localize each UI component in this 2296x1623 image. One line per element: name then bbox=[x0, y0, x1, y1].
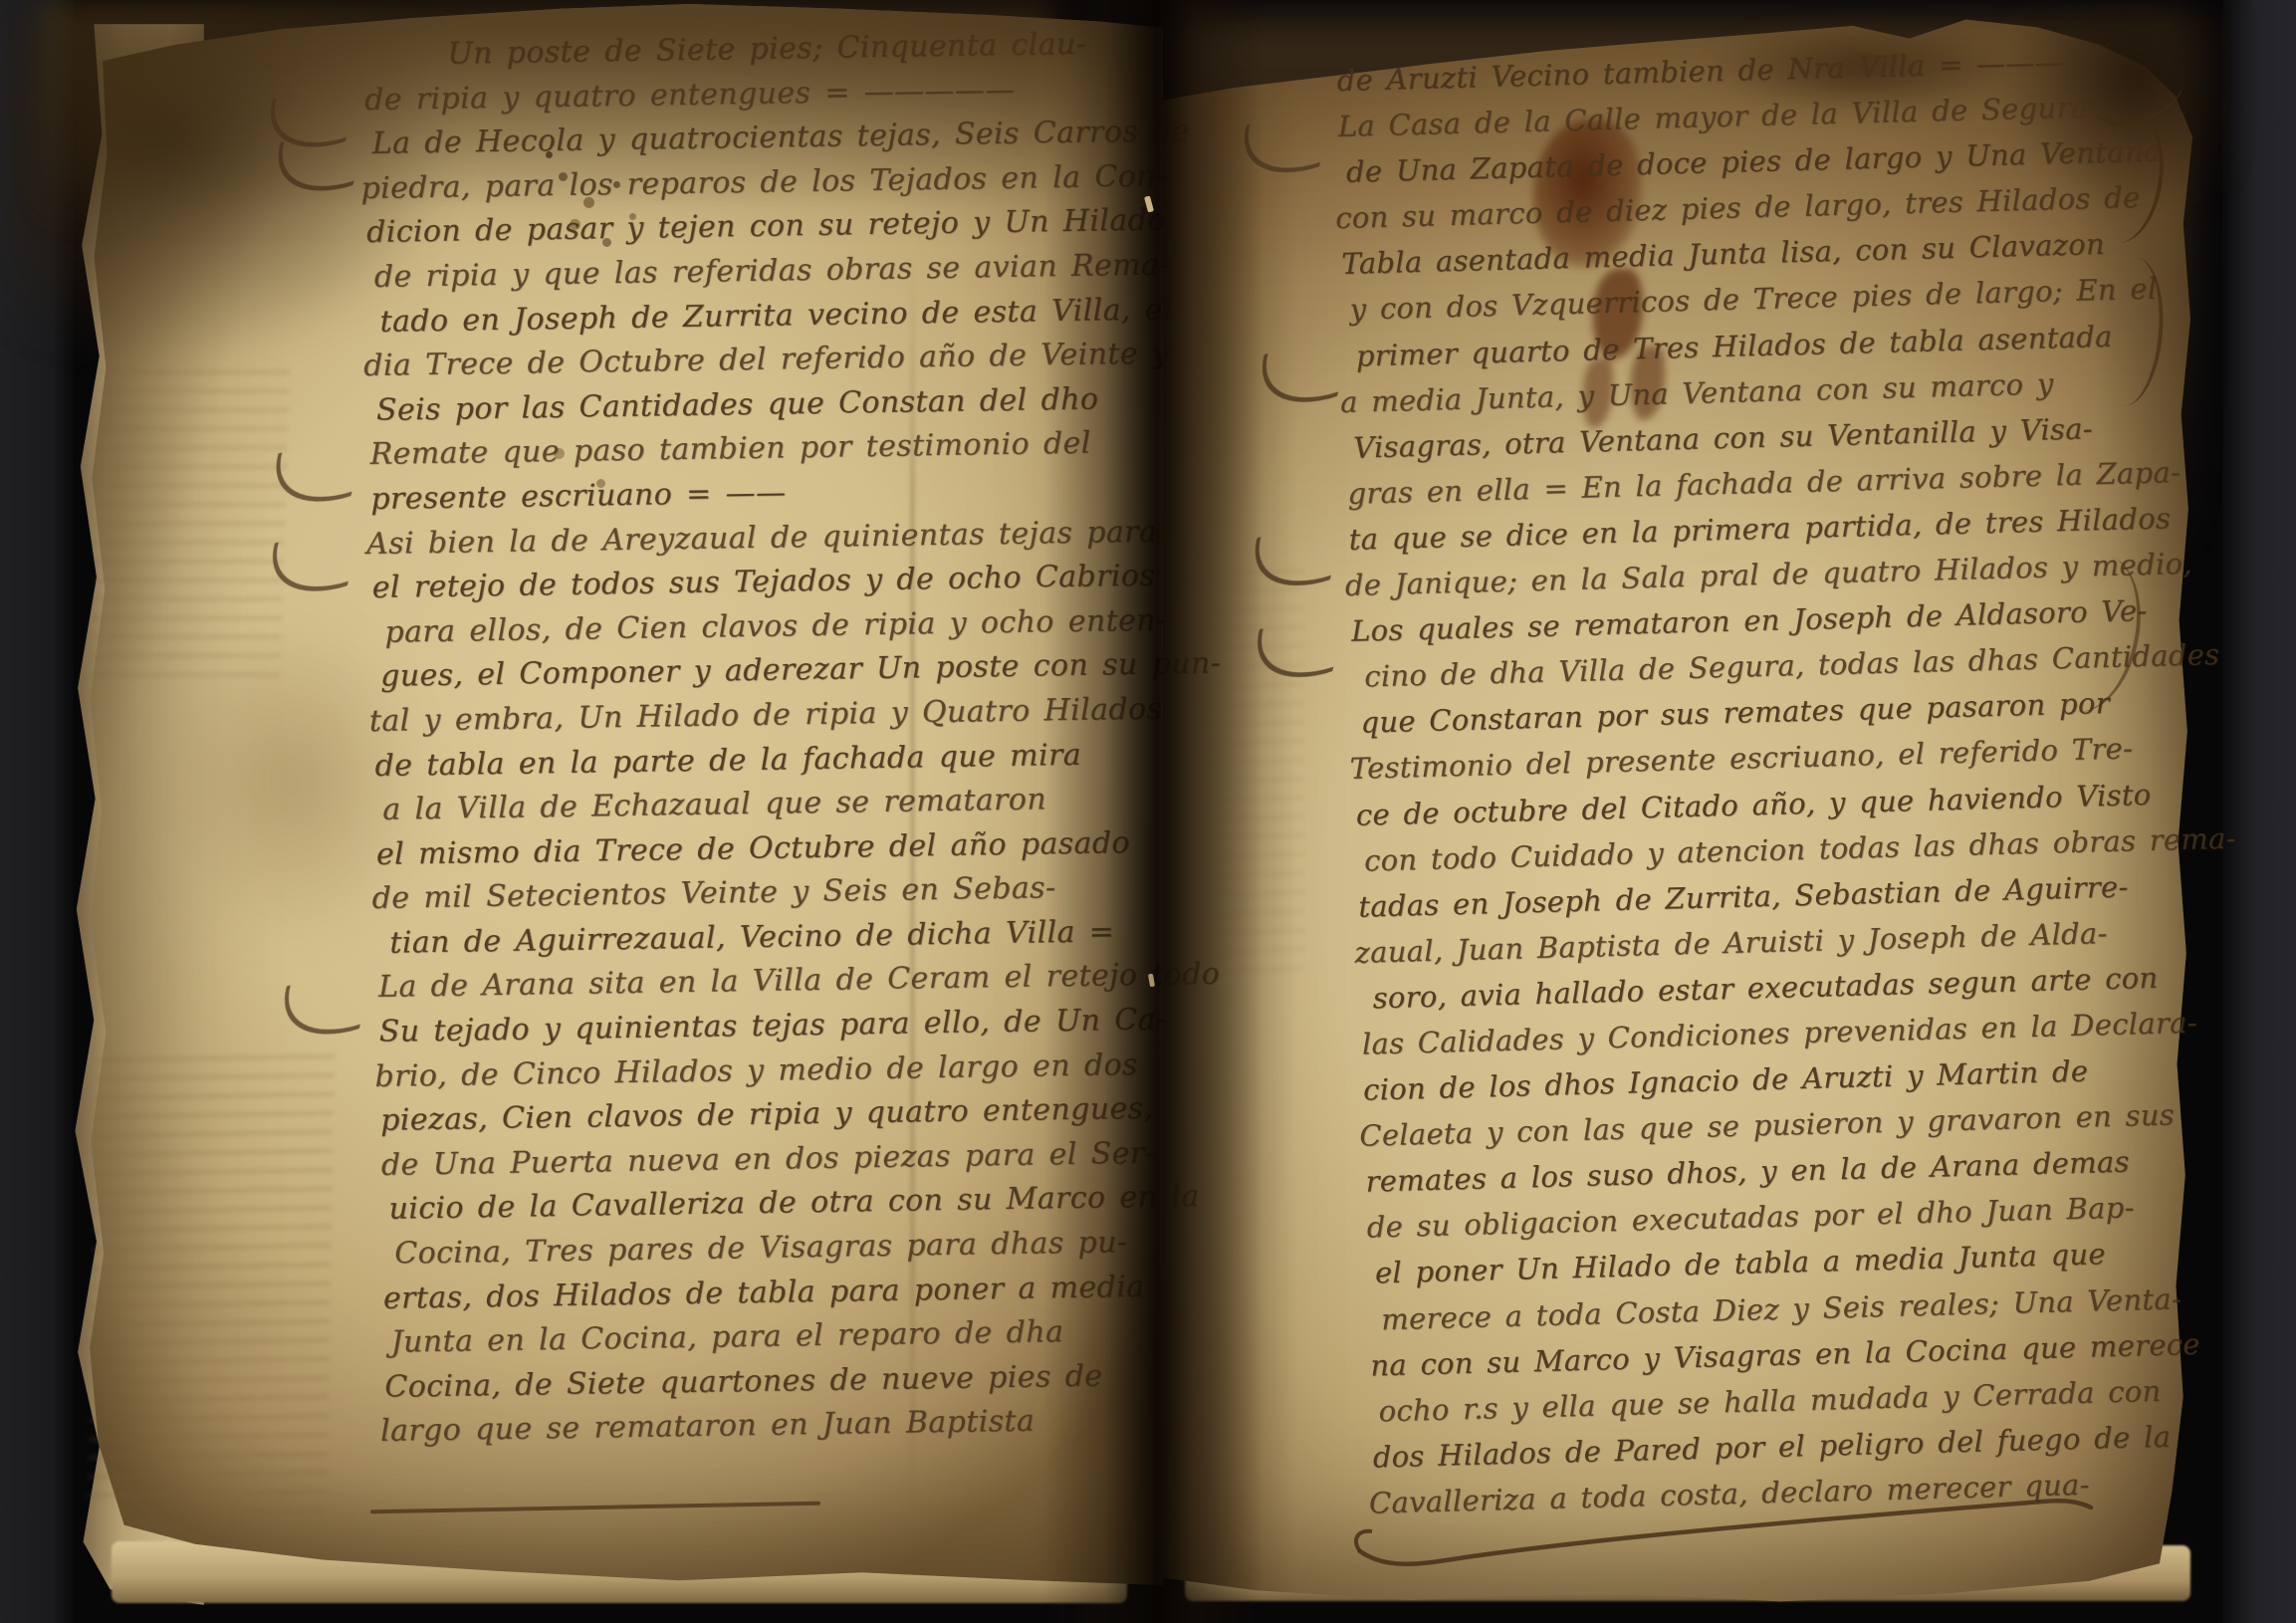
closing-flourish bbox=[1346, 1486, 2103, 1575]
left-page-text: Un poste de Siete pies; Cinquenta clau-d… bbox=[363, 21, 1233, 1455]
showthrough-left-margin-upper bbox=[90, 355, 290, 690]
manuscript-scan: Un poste de Siete pies; Cinquenta clau-d… bbox=[0, 0, 2296, 1623]
showthrough-left-margin-lower bbox=[88, 1043, 335, 1515]
right-page-text: de Aruzti Vecino tambien de Nra Villa = … bbox=[1336, 35, 2253, 1526]
scanner-left-strip bbox=[0, 0, 74, 1623]
